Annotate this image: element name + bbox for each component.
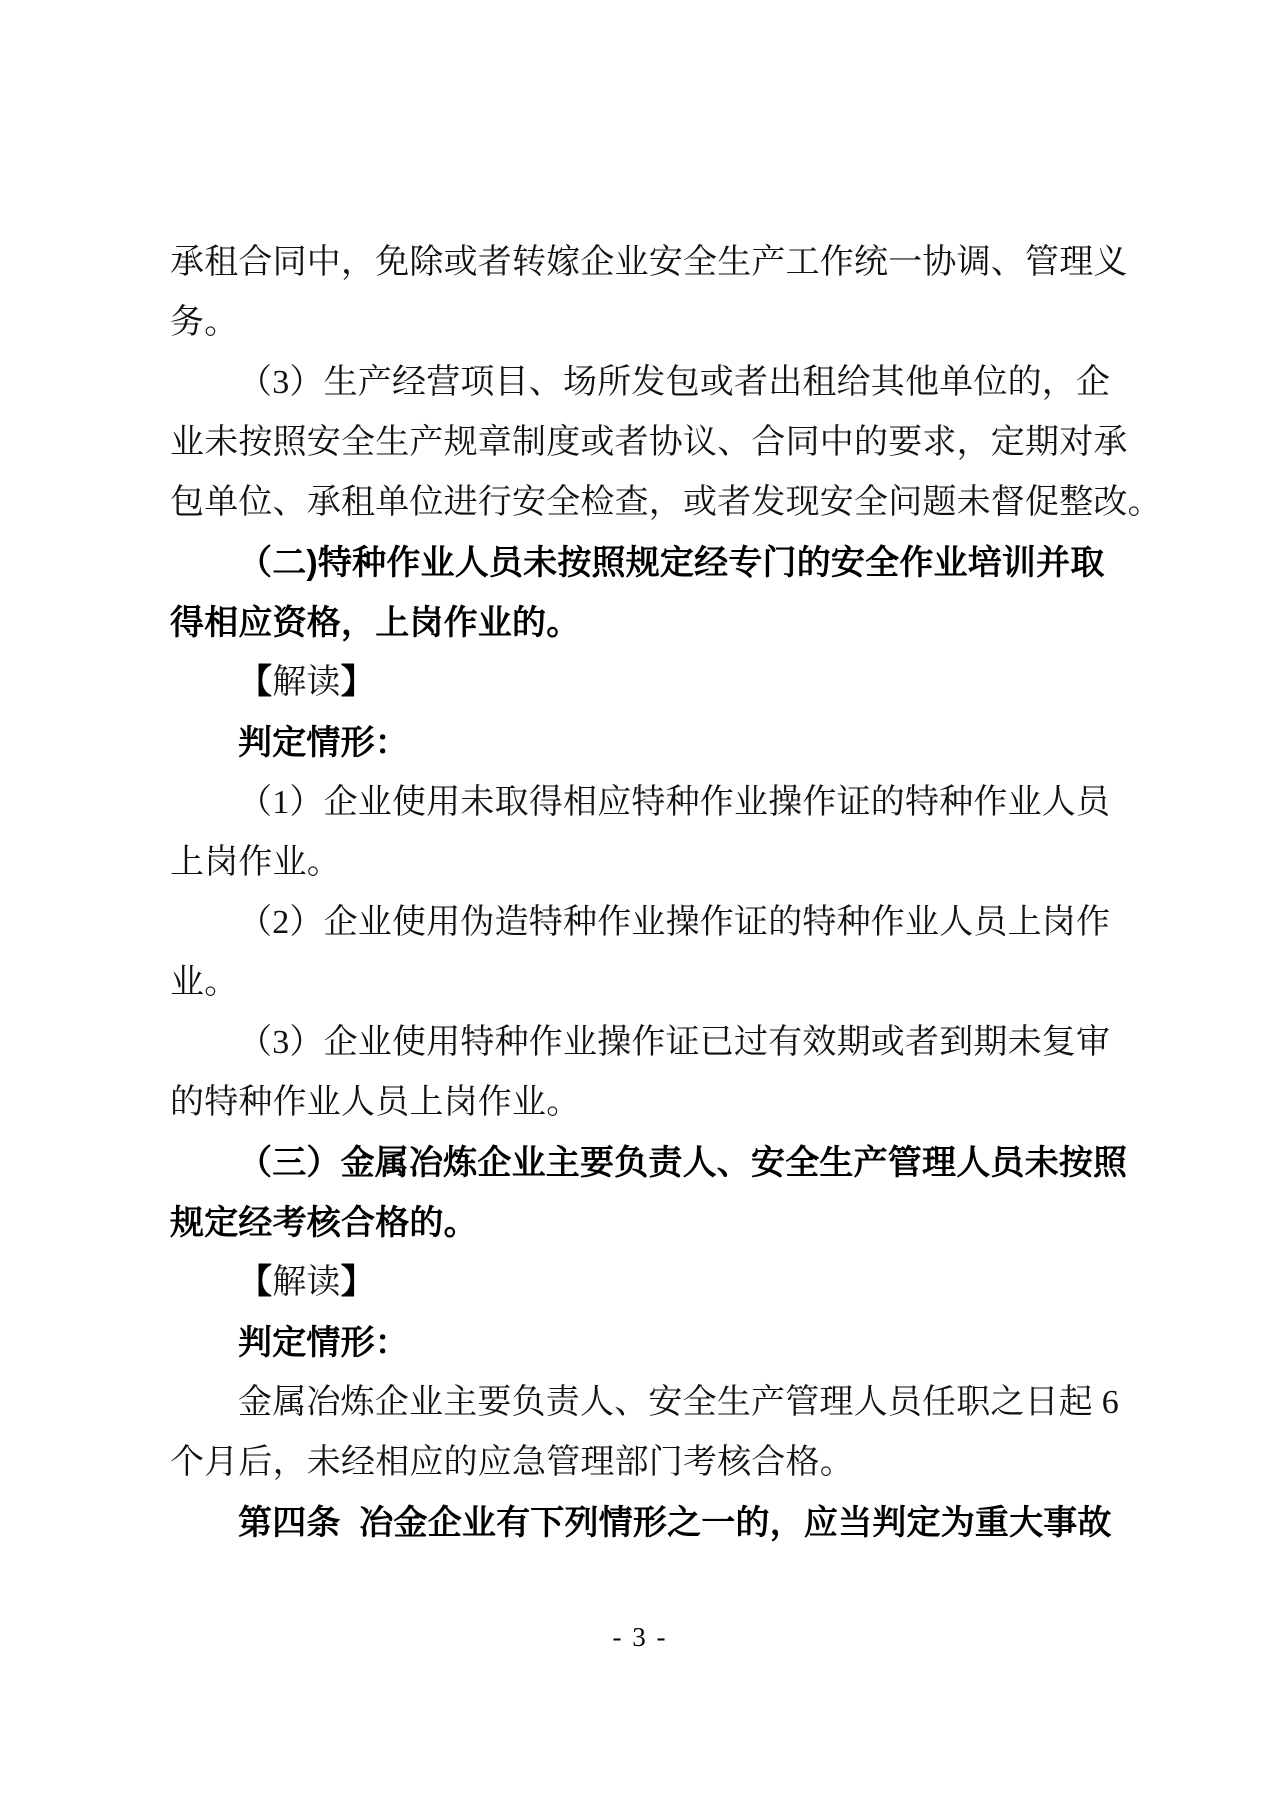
text-line: （3）生产经营项目、场所发包或者出租给其他单位的，企 [170,353,1126,413]
text-line: （3）企业使用特种作业操作证已过有效期或者到期未复审 [170,1013,1126,1073]
annotation-line: 【解读】 [170,1253,1126,1313]
text-line: 业。 [170,953,1126,1013]
text-line: （1）企业使用未取得相应特种作业操作证的特种作业人员 [170,773,1126,833]
left-bracket: 【 [238,1264,272,1301]
article-text: 冶金企业有下列情形之一的，应当判定为重大事故 [359,1505,1111,1542]
clause-heading-line: 规定经考核合格的。 [170,1193,1126,1253]
sub-heading-line: 判定情形： [170,1313,1126,1373]
text-line: 的特种作业人员上岗作业。 [170,1073,1126,1133]
clause-heading-line: （三）金属冶炼企业主要负责人、安全生产管理人员未按照 [170,1133,1126,1193]
article-number: 第四条 [238,1504,341,1542]
annotation-label: 解读 [272,664,340,701]
left-bracket: 【 [238,664,272,701]
document-page: 承租合同中，免除或者转嫁企业安全生产工作统一协调、管理义 务。 （3）生产经营项… [0,0,1280,1810]
text-line: 金属冶炼企业主要负责人、安全生产管理人员任职之日起 6 [170,1373,1126,1433]
text-line: （2）企业使用伪造特种作业操作证的特种作业人员上岗作 [170,893,1126,953]
text-line: 包单位、承租单位进行安全检查，或者发现安全问题未督促整改。 [170,473,1126,533]
clause-heading-line: 得相应资格，上岗作业的。 [170,593,1126,653]
article-line: 第四条冶金企业有下列情形之一的，应当判定为重大事故 [170,1493,1126,1553]
text-line: 务。 [170,293,1126,353]
text-line: 承租合同中，免除或者转嫁企业安全生产工作统一协调、管理义 [170,233,1126,293]
right-bracket: 】 [341,664,375,701]
right-bracket: 】 [341,1264,375,1301]
document-body: 承租合同中，免除或者转嫁企业安全生产工作统一协调、管理义 务。 （3）生产经营项… [170,233,1126,1553]
page-number: - 3 - [0,1613,1280,1661]
annotation-line: 【解读】 [170,653,1126,713]
sub-heading-line: 判定情形： [170,713,1126,773]
text-line: 业未按照安全生产规章制度或者协议、合同中的要求，定期对承 [170,413,1126,473]
clause-heading-line: （二)特种作业人员未按照规定经专门的安全作业培训并取 [170,533,1126,593]
annotation-label: 解读 [272,1264,340,1301]
text-line: 个月后，未经相应的应急管理部门考核合格。 [170,1433,1126,1493]
text-line: 上岗作业。 [170,833,1126,893]
